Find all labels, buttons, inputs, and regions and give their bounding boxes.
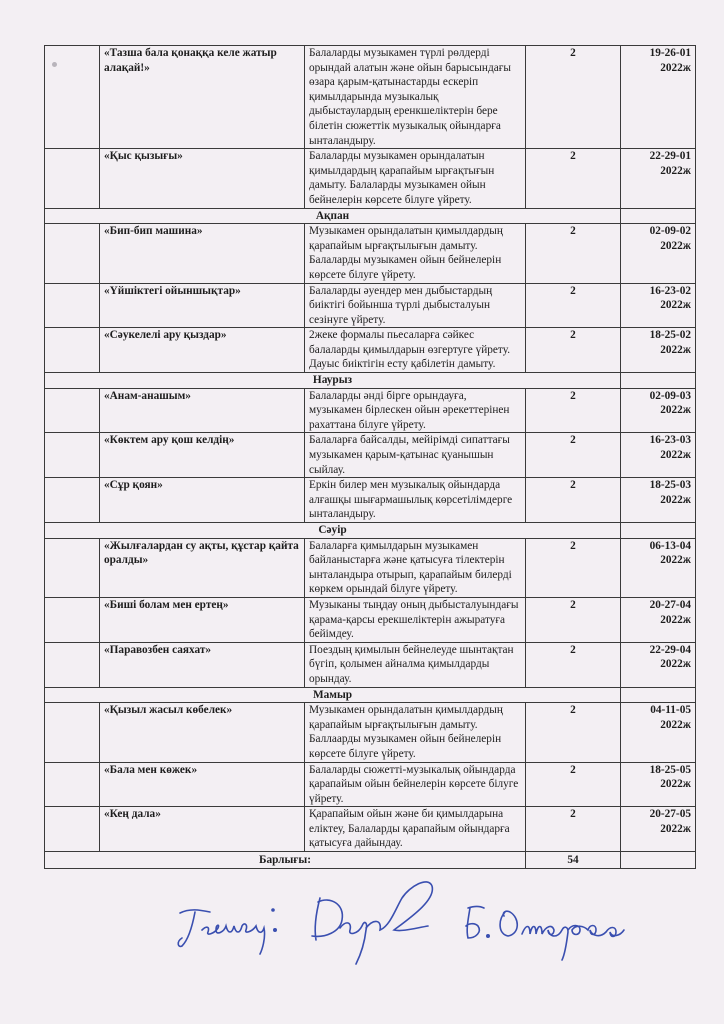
lesson-row: «Үйшіктегі ойыншықтар»Балаларды әуендер … (45, 283, 696, 328)
lesson-title: «Кең дала» (100, 807, 305, 852)
lesson-date: 22-29-042022ж (621, 642, 696, 687)
lesson-hours: 2 (526, 762, 621, 807)
date-year: 2022ж (625, 343, 691, 358)
lesson-date: 02-09-022022ж (621, 224, 696, 283)
date-range: 20-27-05 (625, 807, 691, 822)
month-label: Ақпан (45, 208, 621, 224)
date-range: 18-25-03 (625, 478, 691, 493)
date-year: 2022ж (625, 239, 691, 254)
lesson-row: «Бала мен көжек»Балаларды сюжетті-музыка… (45, 762, 696, 807)
month-header-row: Мамыр (45, 687, 696, 703)
date-range: 16-23-03 (625, 433, 691, 448)
lesson-date: 16-23-022022ж (621, 283, 696, 328)
lesson-hours: 2 (526, 538, 621, 597)
lesson-description: Балаларды музыкамен түрлі рөлдерді орынд… (305, 46, 526, 149)
row-number-cell (45, 388, 100, 433)
date-range: 19-26-01 (625, 46, 691, 61)
lesson-plan-table: «Тазша бала қонаққа келе жатыр алақай!»Б… (44, 45, 696, 869)
lesson-title: «Тазша бала қонаққа келе жатыр алақай!» (100, 46, 305, 149)
date-range: 18-25-02 (625, 328, 691, 343)
month-empty-cell (621, 687, 696, 703)
lesson-title: «Жылғалардан су ақты, құстар қайта оралд… (100, 538, 305, 597)
date-year: 2022ж (625, 553, 691, 568)
row-number-cell (45, 642, 100, 687)
month-header-row: Ақпан (45, 208, 696, 224)
date-range: 22-29-01 (625, 149, 691, 164)
total-row: Барлығы: 54 (45, 852, 696, 869)
date-year: 2022ж (625, 493, 691, 508)
month-label: Наурыз (45, 373, 621, 389)
date-year: 2022ж (625, 164, 691, 179)
lesson-date: 18-25-032022ж (621, 478, 696, 523)
lesson-date: 22-29-012022ж (621, 149, 696, 208)
lesson-title: «Қызыл жасыл көбелек» (100, 703, 305, 762)
lesson-row: «Қыс қызығы»Балаларды музыкамен орындала… (45, 149, 696, 208)
lesson-date: 18-25-052022ж (621, 762, 696, 807)
lesson-hours: 2 (526, 328, 621, 373)
lesson-description: 2жеке формалы пьесаларға сәйкес балалард… (305, 328, 526, 373)
signature (170, 868, 640, 968)
lesson-description: Музыканы тыңдау оның дыбысталуындағы қар… (305, 597, 526, 642)
total-empty-cell (621, 852, 696, 869)
lesson-date: 06-13-042022ж (621, 538, 696, 597)
lesson-row: «Биші болам мен ертең»Музыканы тыңдау он… (45, 597, 696, 642)
lesson-description: Балаларды сюжетті-музыкалық ойындарда қа… (305, 762, 526, 807)
month-label: Сәуір (45, 523, 621, 539)
lesson-hours: 2 (526, 149, 621, 208)
row-number-cell (45, 478, 100, 523)
lesson-hours: 2 (526, 703, 621, 762)
month-header-row: Наурыз (45, 373, 696, 389)
lesson-row: «Тазша бала қонаққа келе жатыр алақай!»Б… (45, 46, 696, 149)
lesson-description: Қарапайым ойын және би қимылдарына елікт… (305, 807, 526, 852)
lesson-hours: 2 (526, 807, 621, 852)
row-number-cell (45, 762, 100, 807)
lesson-title: «Анам-анашым» (100, 388, 305, 433)
lesson-description: Балаларды әнді бірге орындауға, музыкаме… (305, 388, 526, 433)
lesson-hours: 2 (526, 478, 621, 523)
lesson-row: «Көктем ару қош келдің»Балаларға байсалд… (45, 433, 696, 478)
date-range: 04-11-05 (625, 703, 691, 718)
lesson-row: «Сәукелелі ару қыздар»2жеке формалы пьес… (45, 328, 696, 373)
handwritten-signature-icon (170, 868, 640, 968)
lesson-title: «Бип-бип машина» (100, 224, 305, 283)
lesson-title: «Көктем ару қош келдің» (100, 433, 305, 478)
lesson-hours: 2 (526, 224, 621, 283)
lesson-row: «Паравозбен саяхат»Поездың қимылын бейне… (45, 642, 696, 687)
lesson-plan-body: «Тазша бала қонаққа келе жатыр алақай!»Б… (45, 46, 696, 852)
lesson-date: 18-25-022022ж (621, 328, 696, 373)
date-year: 2022ж (625, 613, 691, 628)
month-empty-cell (621, 373, 696, 389)
lesson-description: Музыкамен орындалатын қимылдардың қарапа… (305, 224, 526, 283)
date-range: 18-25-05 (625, 763, 691, 778)
lesson-date: 16-23-032022ж (621, 433, 696, 478)
lesson-title: «Биші болам мен ертең» (100, 597, 305, 642)
lesson-row: «Кең дала»Қарапайым ойын және би қимылда… (45, 807, 696, 852)
lesson-title: «Сәукелелі ару қыздар» (100, 328, 305, 373)
lesson-description: Балаларды әуендер мен дыбыстардың биікті… (305, 283, 526, 328)
row-number-cell (45, 433, 100, 478)
total-hours: 54 (526, 852, 621, 869)
lesson-hours: 2 (526, 388, 621, 433)
row-number-cell (45, 224, 100, 283)
lesson-title: «Қыс қызығы» (100, 149, 305, 208)
lesson-row: «Анам-анашым»Балаларды әнді бірге орында… (45, 388, 696, 433)
date-range: 02-09-02 (625, 224, 691, 239)
lesson-description: Балаларға байсалды, мейірімді сипаттағы … (305, 433, 526, 478)
lesson-description: Балаларға қимылдарын музыкамен байланыст… (305, 538, 526, 597)
date-year: 2022ж (625, 822, 691, 837)
row-number-cell (45, 538, 100, 597)
lesson-date: 04-11-052022ж (621, 703, 696, 762)
lesson-title: «Паравозбен саяхат» (100, 642, 305, 687)
month-empty-cell (621, 208, 696, 224)
lesson-row: «Қызыл жасыл көбелек»Музыкамен орындалат… (45, 703, 696, 762)
lesson-title: «Сұр қоян» (100, 478, 305, 523)
row-number-cell (45, 328, 100, 373)
lesson-hours: 2 (526, 46, 621, 149)
lesson-row: «Жылғалардан су ақты, құстар қайта оралд… (45, 538, 696, 597)
lesson-hours: 2 (526, 283, 621, 328)
row-number-cell (45, 46, 100, 149)
row-number-cell (45, 597, 100, 642)
date-year: 2022ж (625, 61, 691, 76)
lesson-hours: 2 (526, 642, 621, 687)
lesson-hours: 2 (526, 433, 621, 478)
month-empty-cell (621, 523, 696, 539)
lesson-row: «Сұр қоян»Еркін билер мен музыкалық ойын… (45, 478, 696, 523)
date-range: 06-13-04 (625, 539, 691, 554)
lesson-date: 02-09-032022ж (621, 388, 696, 433)
month-header-row: Сәуір (45, 523, 696, 539)
date-range: 02-09-03 (625, 389, 691, 404)
lesson-hours: 2 (526, 597, 621, 642)
lesson-date: 20-27-042022ж (621, 597, 696, 642)
row-number-cell (45, 149, 100, 208)
lesson-row: «Бип-бип машина»Музыкамен орындалатын қи… (45, 224, 696, 283)
lesson-title: «Бала мен көжек» (100, 762, 305, 807)
lesson-description: Музыкамен орындалатын қимылдардың қарапа… (305, 703, 526, 762)
lesson-date: 19-26-012022ж (621, 46, 696, 149)
date-range: 22-29-04 (625, 643, 691, 658)
row-number-cell (45, 807, 100, 852)
date-year: 2022ж (625, 298, 691, 313)
date-year: 2022ж (625, 777, 691, 792)
total-label: Барлығы: (45, 852, 526, 869)
lesson-date: 20-27-052022ж (621, 807, 696, 852)
month-label: Мамыр (45, 687, 621, 703)
date-year: 2022ж (625, 448, 691, 463)
lesson-description: Поездың қимылын бейнелеуде шынтақтан бүг… (305, 642, 526, 687)
date-year: 2022ж (625, 403, 691, 418)
row-number-cell (45, 283, 100, 328)
date-range: 16-23-02 (625, 284, 691, 299)
date-range: 20-27-04 (625, 598, 691, 613)
lesson-description: Еркін билер мен музыкалық ойындарда алға… (305, 478, 526, 523)
row-number-cell (45, 703, 100, 762)
lesson-title: «Үйшіктегі ойыншықтар» (100, 283, 305, 328)
date-year: 2022ж (625, 718, 691, 733)
lesson-description: Балаларды музыкамен орындалатын қимылдар… (305, 149, 526, 208)
date-year: 2022ж (625, 657, 691, 672)
